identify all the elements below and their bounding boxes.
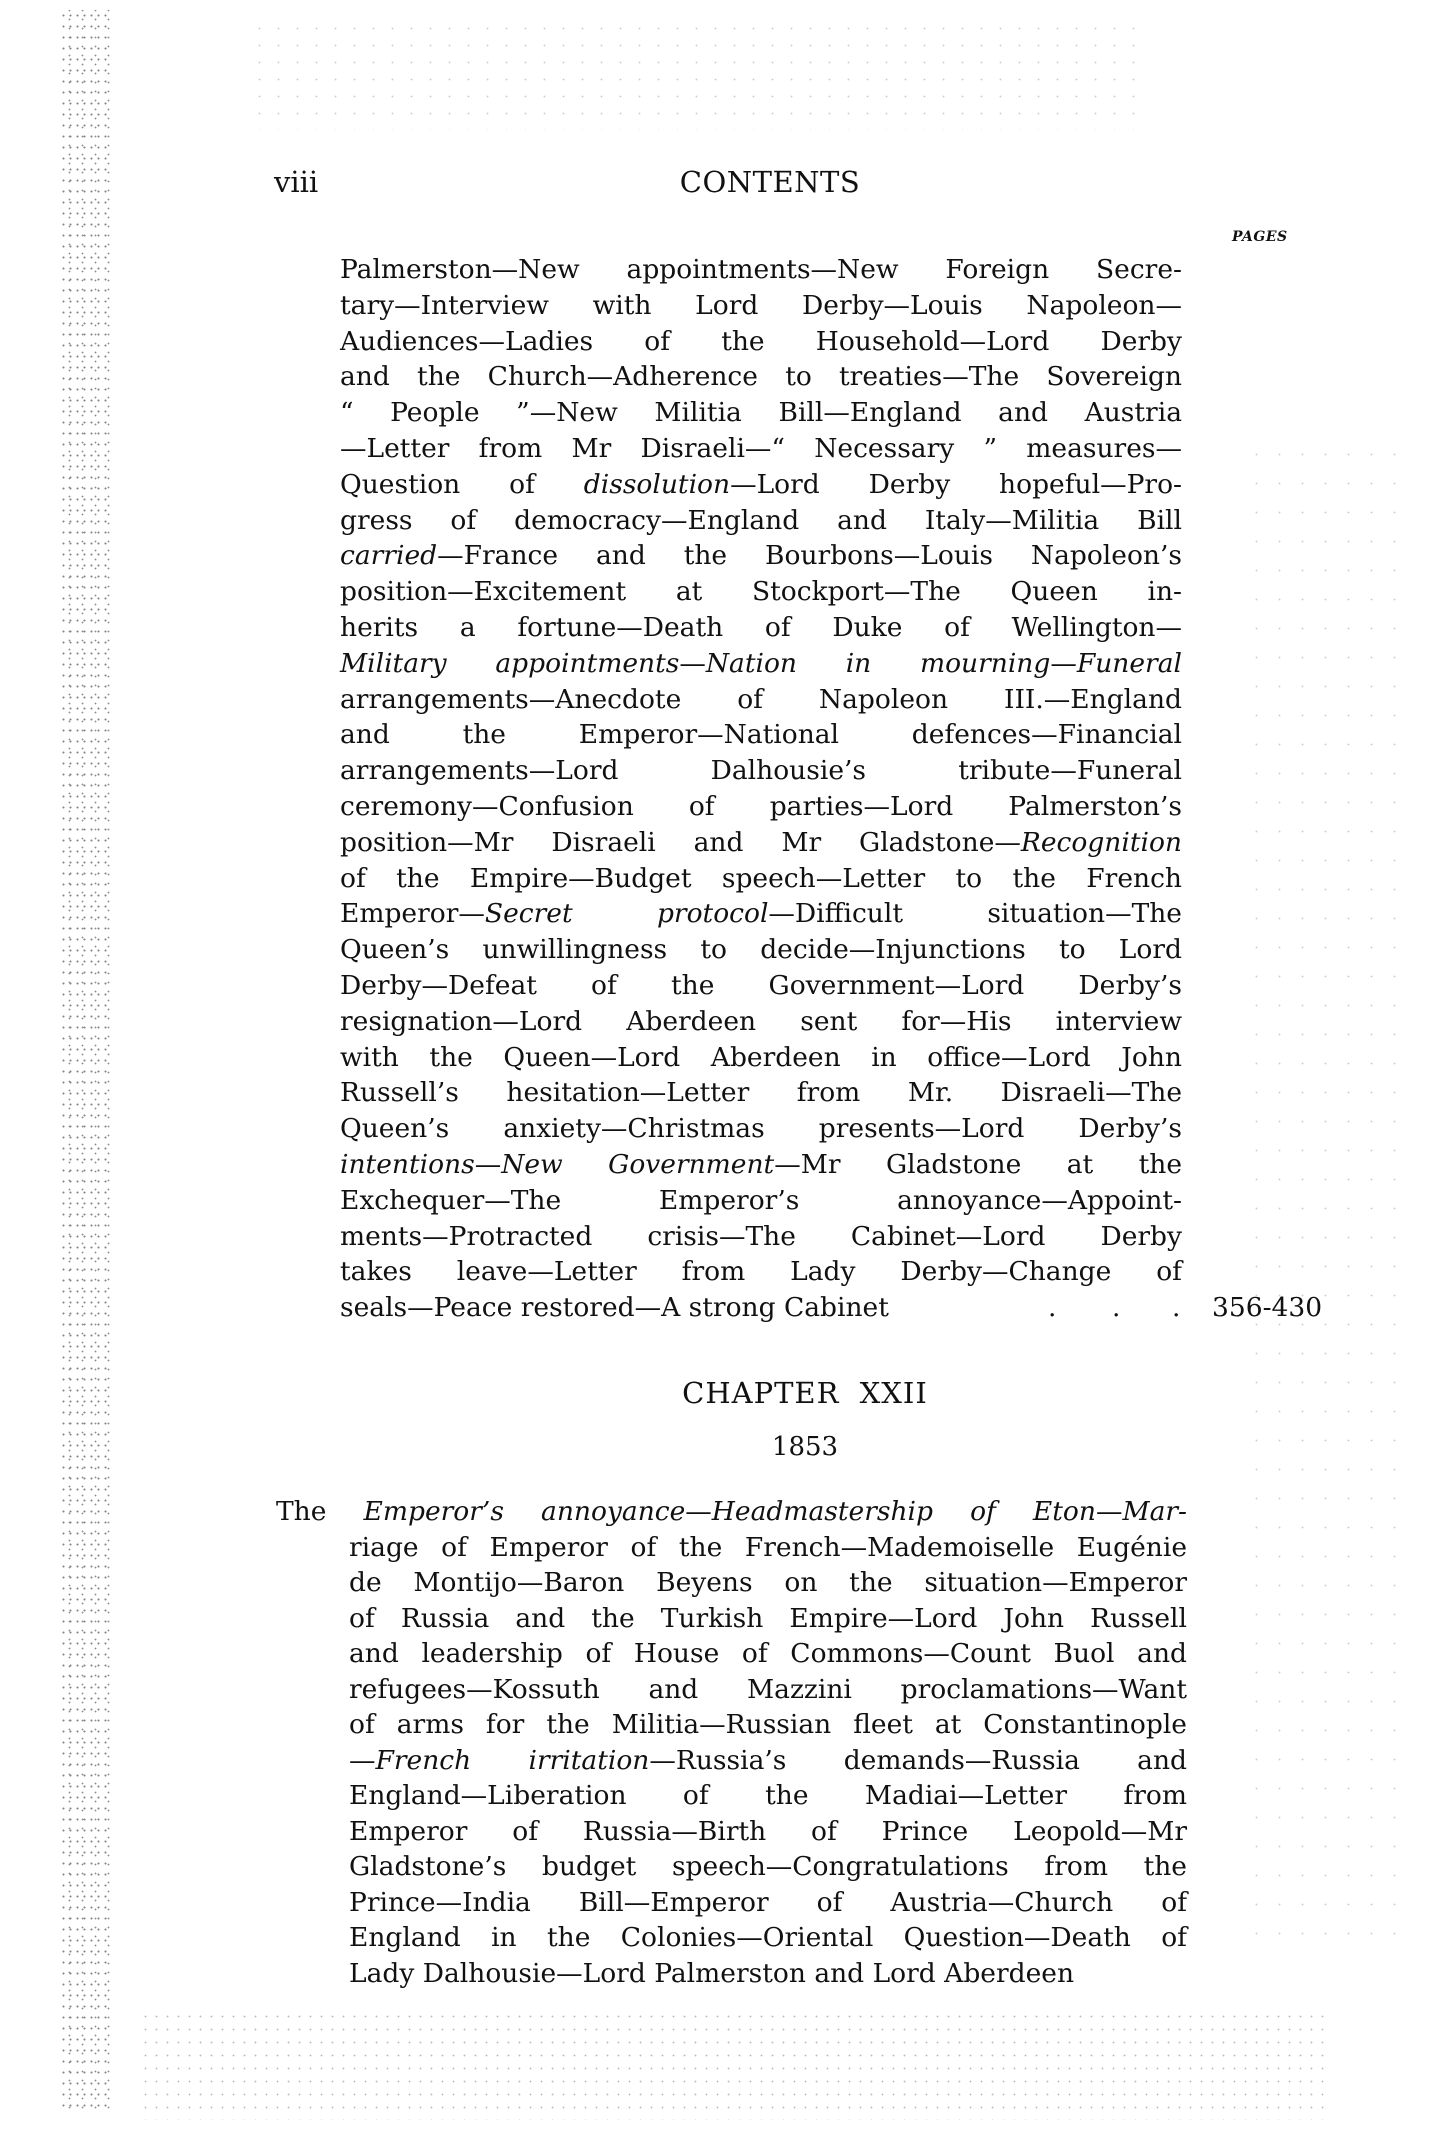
summary-line: gress of democracy—England and Italy—Mil…: [340, 504, 1182, 538]
summary-line: —French irritation—Russia’s demands—Russ…: [349, 1744, 1187, 1778]
summary-line: of arms for the Militia—Russian fleet at…: [349, 1708, 1187, 1742]
text-run: —: [1050, 648, 1077, 679]
text-run: —: [1096, 1496, 1123, 1527]
text-run: Russell’s hesitation—Letter from Mr. Dis…: [340, 1077, 1182, 1108]
italic-phrase: carried: [340, 540, 437, 571]
italic-phrase: Secret protocol: [485, 898, 769, 929]
summary-line: of Russia and the Turkish Empire—Lord Jo…: [349, 1602, 1187, 1636]
summary-line: Queen’s anxiety—Christmas presents—Lord …: [340, 1112, 1182, 1146]
text-run: tary—Interview with Lord Derby—Louis Nap…: [340, 290, 1182, 321]
text-run: and the Emperor—National defences—Financ…: [340, 719, 1182, 750]
summary-line: Gladstone’s budget speech—Congratulation…: [349, 1850, 1187, 1884]
summary-line: ments—Protracted crisis—The Cabinet—Lord…: [340, 1220, 1182, 1254]
chapter-title: CHAPTER XXII: [560, 1375, 1050, 1411]
summary-line: of the Empire—Budget speech—Letter to th…: [340, 862, 1182, 896]
italic-phrase: French irritation: [376, 1745, 650, 1776]
text-run: Audiences—Ladies of the Household—Lord D…: [340, 326, 1182, 357]
leader-dot: .: [1172, 1291, 1180, 1325]
text-run: position—Mr Disraeli and Mr Gladstone—: [340, 827, 1021, 858]
scan-noise-left-margin: [60, 10, 110, 2110]
text-run: of arms for the Militia—Russian fleet at…: [349, 1709, 1187, 1740]
text-run: —Mr Gladstone at the: [774, 1149, 1182, 1180]
summary-line: ceremony—Confusion of parties—Lord Palme…: [340, 790, 1182, 824]
summary-line: herits a fortune—Death of Duke of Wellin…: [340, 611, 1182, 645]
summary-line: Emperor of Russia—Birth of Prince Leopol…: [349, 1815, 1187, 1849]
text-run: Question of: [340, 469, 584, 500]
summary-line: England in the Colonies—Oriental Questio…: [349, 1921, 1187, 1955]
summary-line: takes leave—Letter from Lady Derby—Chang…: [340, 1255, 1182, 1289]
summary-line: Audiences—Ladies of the Household—Lord D…: [340, 325, 1182, 359]
italic-phrase: intentions: [340, 1149, 475, 1180]
summary-line: and the Emperor—National defences—Financ…: [340, 718, 1182, 752]
text-run: —France and the Bourbons—Louis Napoleon’…: [437, 540, 1182, 571]
running-head: CONTENTS: [560, 165, 980, 199]
summary-line: Lady Dalhousie—Lord Palmerston and Lord …: [349, 1957, 1187, 1991]
text-run: Palmerston—New appointments—New Foreign …: [340, 254, 1182, 285]
text-run: and the Church—Adherence to treaties—The…: [340, 361, 1182, 392]
text-run: of Russia and the Turkish Empire—Lord Jo…: [349, 1603, 1187, 1634]
scan-noise-top: [250, 20, 1150, 130]
text-run: resignation—Lord Aberdeen sent for—His i…: [340, 1006, 1182, 1037]
text-run: herits a fortune—Death of Duke of Wellin…: [340, 612, 1182, 643]
text-run: England in the Colonies—Oriental Questio…: [349, 1922, 1187, 1953]
text-run: —Russia’s demands—Russia and: [649, 1745, 1187, 1776]
text-run: seals—Peace restored—A strong Cabinet: [340, 1292, 889, 1323]
summary-line: with the Queen—Lord Aberdeen in office—L…: [340, 1041, 1182, 1075]
scan-noise-right-margin: [1245, 440, 1405, 1940]
text-run: riage of Emperor of the French—Mademoise…: [349, 1532, 1187, 1563]
text-run: of the Empire—Budget speech—Letter to th…: [340, 863, 1182, 894]
text-run: de Montijo—Baron Beyens on the situation…: [349, 1567, 1187, 1598]
summary-line: tary—Interview with Lord Derby—Louis Nap…: [340, 289, 1182, 323]
summary-line: Palmerston—New appointments—New Foreign …: [340, 253, 1182, 287]
summary-line: de Montijo—Baron Beyens on the situation…: [349, 1566, 1187, 1600]
text-run: England—Liberation of the Madiai—Letter …: [349, 1780, 1187, 1811]
italic-phrase: Recognition: [1021, 827, 1182, 858]
summary-line: refugees—Kossuth and Mazzini proclamatio…: [349, 1673, 1187, 1707]
text-run: —Difficult situation—The: [768, 898, 1182, 929]
page-range: 356-430: [1212, 1291, 1322, 1325]
text-run: arrangements—Lord Dalhousie’s tribute—Fu…: [340, 755, 1182, 786]
text-run: —: [349, 1745, 376, 1776]
text-run: —: [475, 1149, 502, 1180]
page-number: viii: [274, 165, 318, 199]
text-run: gress of democracy—England and Italy—Mil…: [340, 505, 1182, 536]
text-run: —Lord Derby hopeful—Pro-: [730, 469, 1182, 500]
text-run: ceremony—Confusion of parties—Lord Palme…: [340, 791, 1182, 822]
summary-line: Exchequer—The Emperor’s annoyance—Appoin…: [340, 1184, 1182, 1218]
summary-line: Queen’s unwillingness to decide—Injuncti…: [340, 933, 1182, 967]
text-run: —: [679, 648, 706, 679]
summary-line: Derby—Defeat of the Government—Lord Derb…: [340, 969, 1182, 1003]
leader-dot: .: [1112, 1291, 1120, 1325]
summary-line: England—Liberation of the Madiai—Letter …: [349, 1779, 1187, 1813]
summary-line: Prince—India Bill—Emperor of Austria—Chu…: [349, 1886, 1187, 1920]
summary-line: position—Excitement at Stockport—The Que…: [340, 575, 1182, 609]
text-run: Queen’s unwillingness to decide—Injuncti…: [340, 934, 1182, 965]
text-run: ments—Protracted crisis—The Cabinet—Lord…: [340, 1221, 1182, 1252]
text-run: Lady Dalhousie—Lord Palmerston and Lord …: [349, 1958, 1074, 1989]
summary-line: arrangements—Anecdote of Napoleon III.—E…: [340, 683, 1182, 717]
summary-line: Question of dissolution—Lord Derby hopef…: [340, 468, 1182, 502]
text-run: Emperor—: [340, 898, 485, 929]
summary-line: and the Church—Adherence to treaties—The…: [340, 360, 1182, 394]
italic-phrase: Nation in mourning: [706, 648, 1050, 679]
text-run: —: [685, 1496, 712, 1527]
summary-line: riage of Emperor of the French—Mademoise…: [349, 1531, 1187, 1565]
text-run: Emperor of Russia—Birth of Prince Leopol…: [349, 1816, 1187, 1847]
text-run: Gladstone’s budget speech—Congratulation…: [349, 1851, 1187, 1882]
text-run: Prince—India Bill—Emperor of Austria—Chu…: [349, 1887, 1187, 1918]
italic-phrase: Mar-: [1122, 1496, 1187, 1527]
chapter-year: 1853: [700, 1430, 910, 1464]
leader-dot: .: [1048, 1291, 1056, 1325]
summary-line: and leadership of House of Commons—Count…: [349, 1637, 1187, 1671]
italic-phrase: dissolution: [584, 469, 730, 500]
text-run: and leadership of House of Commons—Count…: [349, 1638, 1187, 1669]
italic-phrase: Headmastership of Eton: [712, 1496, 1096, 1527]
italic-phrase: New Government: [501, 1149, 774, 1180]
text-run: Exchequer—The Emperor’s annoyance—Appoin…: [340, 1185, 1182, 1216]
summary-line: Military appointments—Nation in mourning…: [340, 647, 1182, 681]
summary-line: intentions—New Government—Mr Gladstone a…: [340, 1148, 1182, 1182]
scan-noise-bottom: [140, 2010, 1330, 2120]
text-run: —Letter from Mr Disraeli—“ Necessary ” m…: [340, 433, 1182, 464]
summary-line: resignation—Lord Aberdeen sent for—His i…: [340, 1005, 1182, 1039]
text-run: position—Excitement at Stockport—The Que…: [340, 576, 1182, 607]
summary-line: Russell’s hesitation—Letter from Mr. Dis…: [340, 1076, 1182, 1110]
summary-line: The Emperor’s annoyance—Headmastership o…: [276, 1495, 1187, 1529]
italic-phrase: Emperor’s annoyance: [364, 1496, 686, 1527]
italic-phrase: Military appointments: [340, 648, 679, 679]
summary-line: Emperor—Secret protocol—Difficult situat…: [340, 897, 1182, 931]
pages-column-label: PAGES: [1232, 229, 1288, 245]
summary-line: “ People ”—New Militia Bill—England and …: [340, 396, 1182, 430]
text-run: Queen’s anxiety—Christmas presents—Lord …: [340, 1113, 1182, 1144]
text-run: Derby—Defeat of the Government—Lord Derb…: [340, 970, 1182, 1001]
summary-line: position—Mr Disraeli and Mr Gladstone—Re…: [340, 826, 1182, 860]
summary-line: —Letter from Mr Disraeli—“ Necessary ” m…: [340, 432, 1182, 466]
summary-line: arrangements—Lord Dalhousie’s tribute—Fu…: [340, 754, 1182, 788]
italic-phrase: Funeral: [1077, 648, 1182, 679]
text-run: The: [276, 1496, 364, 1527]
text-run: “ People ”—New Militia Bill—England and …: [340, 397, 1182, 428]
text-run: takes leave—Letter from Lady Derby—Chang…: [340, 1256, 1182, 1287]
text-run: arrangements—Anecdote of Napoleon III.—E…: [340, 684, 1182, 715]
summary-line: carried—France and the Bourbons—Louis Na…: [340, 539, 1182, 573]
text-run: refugees—Kossuth and Mazzini proclamatio…: [349, 1674, 1187, 1705]
text-run: with the Queen—Lord Aberdeen in office—L…: [340, 1042, 1182, 1073]
